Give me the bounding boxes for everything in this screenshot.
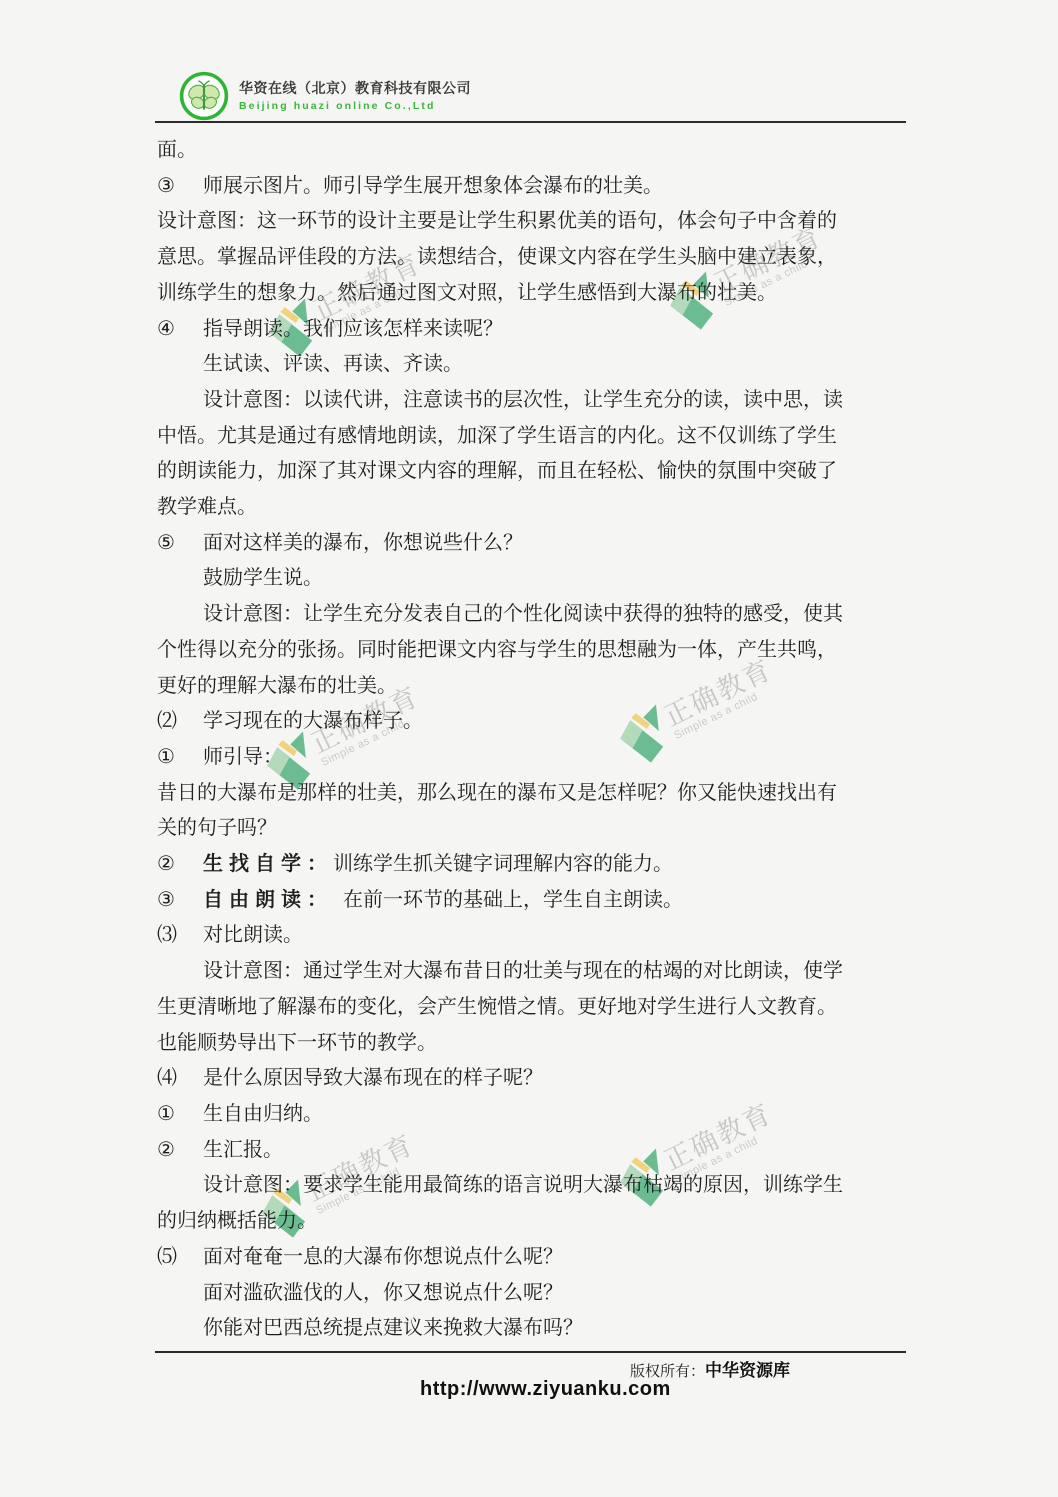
text-line: ⑸面对奄奄一息的大瀑布你想说点什么呢？ xyxy=(157,1240,909,1276)
copyright-owner: 中华资源库 xyxy=(705,1361,790,1380)
list-marker: ⑸ xyxy=(157,1240,203,1276)
line-text: 更好的理解大瀑布的壮美。 xyxy=(157,675,397,697)
line-text: 师展示图片。师引导学生展开想象体会瀑布的壮美。 xyxy=(203,175,663,197)
text-line: 设计意图：让学生充分发表自己的个性化阅读中获得的独特的感受，使其 xyxy=(157,597,909,633)
line-text: 关的句子吗？ xyxy=(157,817,277,839)
company-logo-icon xyxy=(179,71,229,121)
text-line: 训练学生的想象力。然后通过图文对照，让学生感悟到大瀑布的壮美。 xyxy=(157,276,909,312)
line-text: 面对奄奄一息的大瀑布你想说点什么呢？ xyxy=(203,1246,563,1268)
text-line: 设计意图：这一环节的设计主要是让学生积累优美的语句，体会句子中含着的 xyxy=(157,204,909,240)
line-text: 指导朗读。我们应该怎样来读呢？ xyxy=(203,318,503,340)
company-name-en: Beijing huazi online Co.,Ltd xyxy=(239,99,471,113)
list-marker: ④ xyxy=(157,312,203,348)
line-text: 设计意图：通过学生对大瀑布昔日的壮美与现在的枯竭的对比朗读，使学 xyxy=(203,960,843,982)
line-text: 师引导： xyxy=(203,746,283,768)
text-line: 也能顺势导出下一环节的教学。 xyxy=(157,1026,909,1062)
company-name-block: 华资在线（北京）教育科技有限公司 Beijing huazi online Co… xyxy=(239,80,471,113)
list-marker: ② xyxy=(157,1133,203,1169)
line-text: 你能对巴西总统提点建议来挽救大瀑布吗？ xyxy=(203,1317,583,1339)
text-line: ④指导朗读。我们应该怎样来读呢？ xyxy=(157,312,909,348)
text-line: 更好的理解大瀑布的壮美。 xyxy=(157,669,909,705)
line-text: 中悟。尤其是通过有感情地朗读，加深了学生语言的内化。这不仅训练了学生 xyxy=(157,425,837,447)
line-text: 训练学生的想象力。然后通过图文对照，让学生感悟到大瀑布的壮美。 xyxy=(157,282,777,304)
text-line: 生更清晰地了解瀑布的变化，会产生惋惜之情。更好地对学生进行人文教育。 xyxy=(157,990,909,1026)
line-text: 是什么原因导致大瀑布现在的样子呢？ xyxy=(203,1067,543,1089)
line-text: 对比朗读。 xyxy=(203,924,303,946)
line-text: 也能顺势导出下一环节的教学。 xyxy=(157,1032,437,1054)
text-line: ⑵学习现在的大瀑布样子。 xyxy=(157,704,909,740)
text-line: ③师展示图片。师引导学生展开想象体会瀑布的壮美。 xyxy=(157,169,909,205)
line-text: 生汇报。 xyxy=(203,1139,283,1161)
text-line: 面。 xyxy=(157,133,909,169)
line-text: 设计意图：要求学生能用最简练的语言说明大瀑布枯竭的原因，训练学生 xyxy=(203,1174,843,1196)
footer-divider xyxy=(155,1351,906,1353)
text-line: ⑶对比朗读。 xyxy=(157,918,909,954)
line-text: 的归纳概括能力。 xyxy=(157,1210,317,1232)
line-text: 教学难点。 xyxy=(157,496,257,518)
footer-url[interactable]: http://www.ziyuanku.com xyxy=(420,1378,671,1401)
text-line: 设计意图：要求学生能用最简练的语言说明大瀑布枯竭的原因，训练学生 xyxy=(157,1168,909,1204)
text-line: ①生自由归纳。 xyxy=(157,1097,909,1133)
page-header: 华资在线（北京）教育科技有限公司 Beijing huazi online Co… xyxy=(179,71,471,121)
line-text: 昔日的大瀑布是那样的壮美，那么现在的瀑布又是怎样呢？你又能快速找出有 xyxy=(157,782,837,804)
text-line: ⑷是什么原因导致大瀑布现在的样子呢？ xyxy=(157,1061,909,1097)
list-marker: ⑷ xyxy=(157,1061,203,1097)
line-text: 生自由归纳。 xyxy=(203,1103,323,1125)
list-marker: ① xyxy=(157,1097,203,1133)
bold-text: 生找自学： xyxy=(203,853,333,875)
line-text: 鼓励学生说。 xyxy=(203,567,323,589)
list-marker: ⑤ xyxy=(157,526,203,562)
line-text: 设计意图：让学生充分发表自己的个性化阅读中获得的独特的感受，使其 xyxy=(203,603,843,625)
text-line: 设计意图：以读代讲，注意读书的层次性，让学生充分的读，读中思，读 xyxy=(157,383,909,419)
text-line: 鼓励学生说。 xyxy=(157,561,909,597)
line-text: 个性得以充分的张扬。同时能把课文内容与学生的思想融为一体，产生共鸣， xyxy=(157,639,837,661)
line-text: 生试读、评读、再读、齐读。 xyxy=(203,353,463,375)
text-line: ②生汇报。 xyxy=(157,1133,909,1169)
text-line: 昔日的大瀑布是那样的壮美，那么现在的瀑布又是怎样呢？你又能快速找出有 xyxy=(157,776,909,812)
line-text: 的朗读能力，加深了其对课文内容的理解，而且在轻松、愉快的氛围中突破了 xyxy=(157,460,837,482)
text-line: ③自由朗读： 在前一环节的基础上，学生自主朗读。 xyxy=(157,883,909,919)
line-text: 面对这样美的瀑布，你想说些什么？ xyxy=(203,532,523,554)
document-body: 面。③师展示图片。师引导学生展开想象体会瀑布的壮美。设计意图：这一环节的设计主要… xyxy=(157,133,909,1347)
line-text: 意思。掌握品评佳段的方法。读想结合，使课文内容在学生头脑中建立表象， xyxy=(157,246,837,268)
document-page: 正确教育 Simple as a child 正确教育 Simple as a … xyxy=(0,0,1058,1497)
bold-text: 自由朗读： xyxy=(203,889,323,911)
text-line: 面对滥砍滥伐的人，你又想说点什么呢？ xyxy=(157,1276,909,1312)
line-text: 在前一环节的基础上，学生自主朗读。 xyxy=(323,889,683,911)
text-line: ②生找自学：训练学生抓关键字词理解内容的能力。 xyxy=(157,847,909,883)
text-line: 中悟。尤其是通过有感情地朗读，加深了学生语言的内化。这不仅训练了学生 xyxy=(157,419,909,455)
list-marker: ⑶ xyxy=(157,918,203,954)
line-text: 生更清晰地了解瀑布的变化，会产生惋惜之情。更好地对学生进行人文教育。 xyxy=(157,996,837,1018)
text-line: 设计意图：通过学生对大瀑布昔日的壮美与现在的枯竭的对比朗读，使学 xyxy=(157,954,909,990)
list-marker: ⑵ xyxy=(157,704,203,740)
line-text: 训练学生抓关键字词理解内容的能力。 xyxy=(333,853,673,875)
list-marker: ③ xyxy=(157,883,203,919)
list-marker: ② xyxy=(157,847,203,883)
text-line: 你能对巴西总统提点建议来挽救大瀑布吗？ xyxy=(157,1311,909,1347)
company-name-cn: 华资在线（北京）教育科技有限公司 xyxy=(239,80,471,97)
line-text: 设计意图：以读代讲，注意读书的层次性，让学生充分的读，读中思，读 xyxy=(203,389,843,411)
line-text: 面对滥砍滥伐的人，你又想说点什么呢？ xyxy=(203,1282,563,1304)
text-line: 生试读、评读、再读、齐读。 xyxy=(157,347,909,383)
header-divider xyxy=(155,121,906,123)
line-text: 面。 xyxy=(157,139,197,161)
text-line: 的朗读能力，加深了其对课文内容的理解，而且在轻松、愉快的氛围中突破了 xyxy=(157,454,909,490)
line-text: 学习现在的大瀑布样子。 xyxy=(203,710,423,732)
list-marker: ① xyxy=(157,740,203,776)
text-line: ⑤面对这样美的瀑布，你想说些什么？ xyxy=(157,526,909,562)
line-text: 设计意图：这一环节的设计主要是让学生积累优美的语句，体会句子中含着的 xyxy=(157,210,837,232)
text-line: 个性得以充分的张扬。同时能把课文内容与学生的思想融为一体，产生共鸣， xyxy=(157,633,909,669)
text-line: 意思。掌握品评佳段的方法。读想结合，使课文内容在学生头脑中建立表象， xyxy=(157,240,909,276)
list-marker: ③ xyxy=(157,169,203,205)
text-line: 的归纳概括能力。 xyxy=(157,1204,909,1240)
text-line: 关的句子吗？ xyxy=(157,811,909,847)
text-line: 教学难点。 xyxy=(157,490,909,526)
text-line: ①师引导： xyxy=(157,740,909,776)
